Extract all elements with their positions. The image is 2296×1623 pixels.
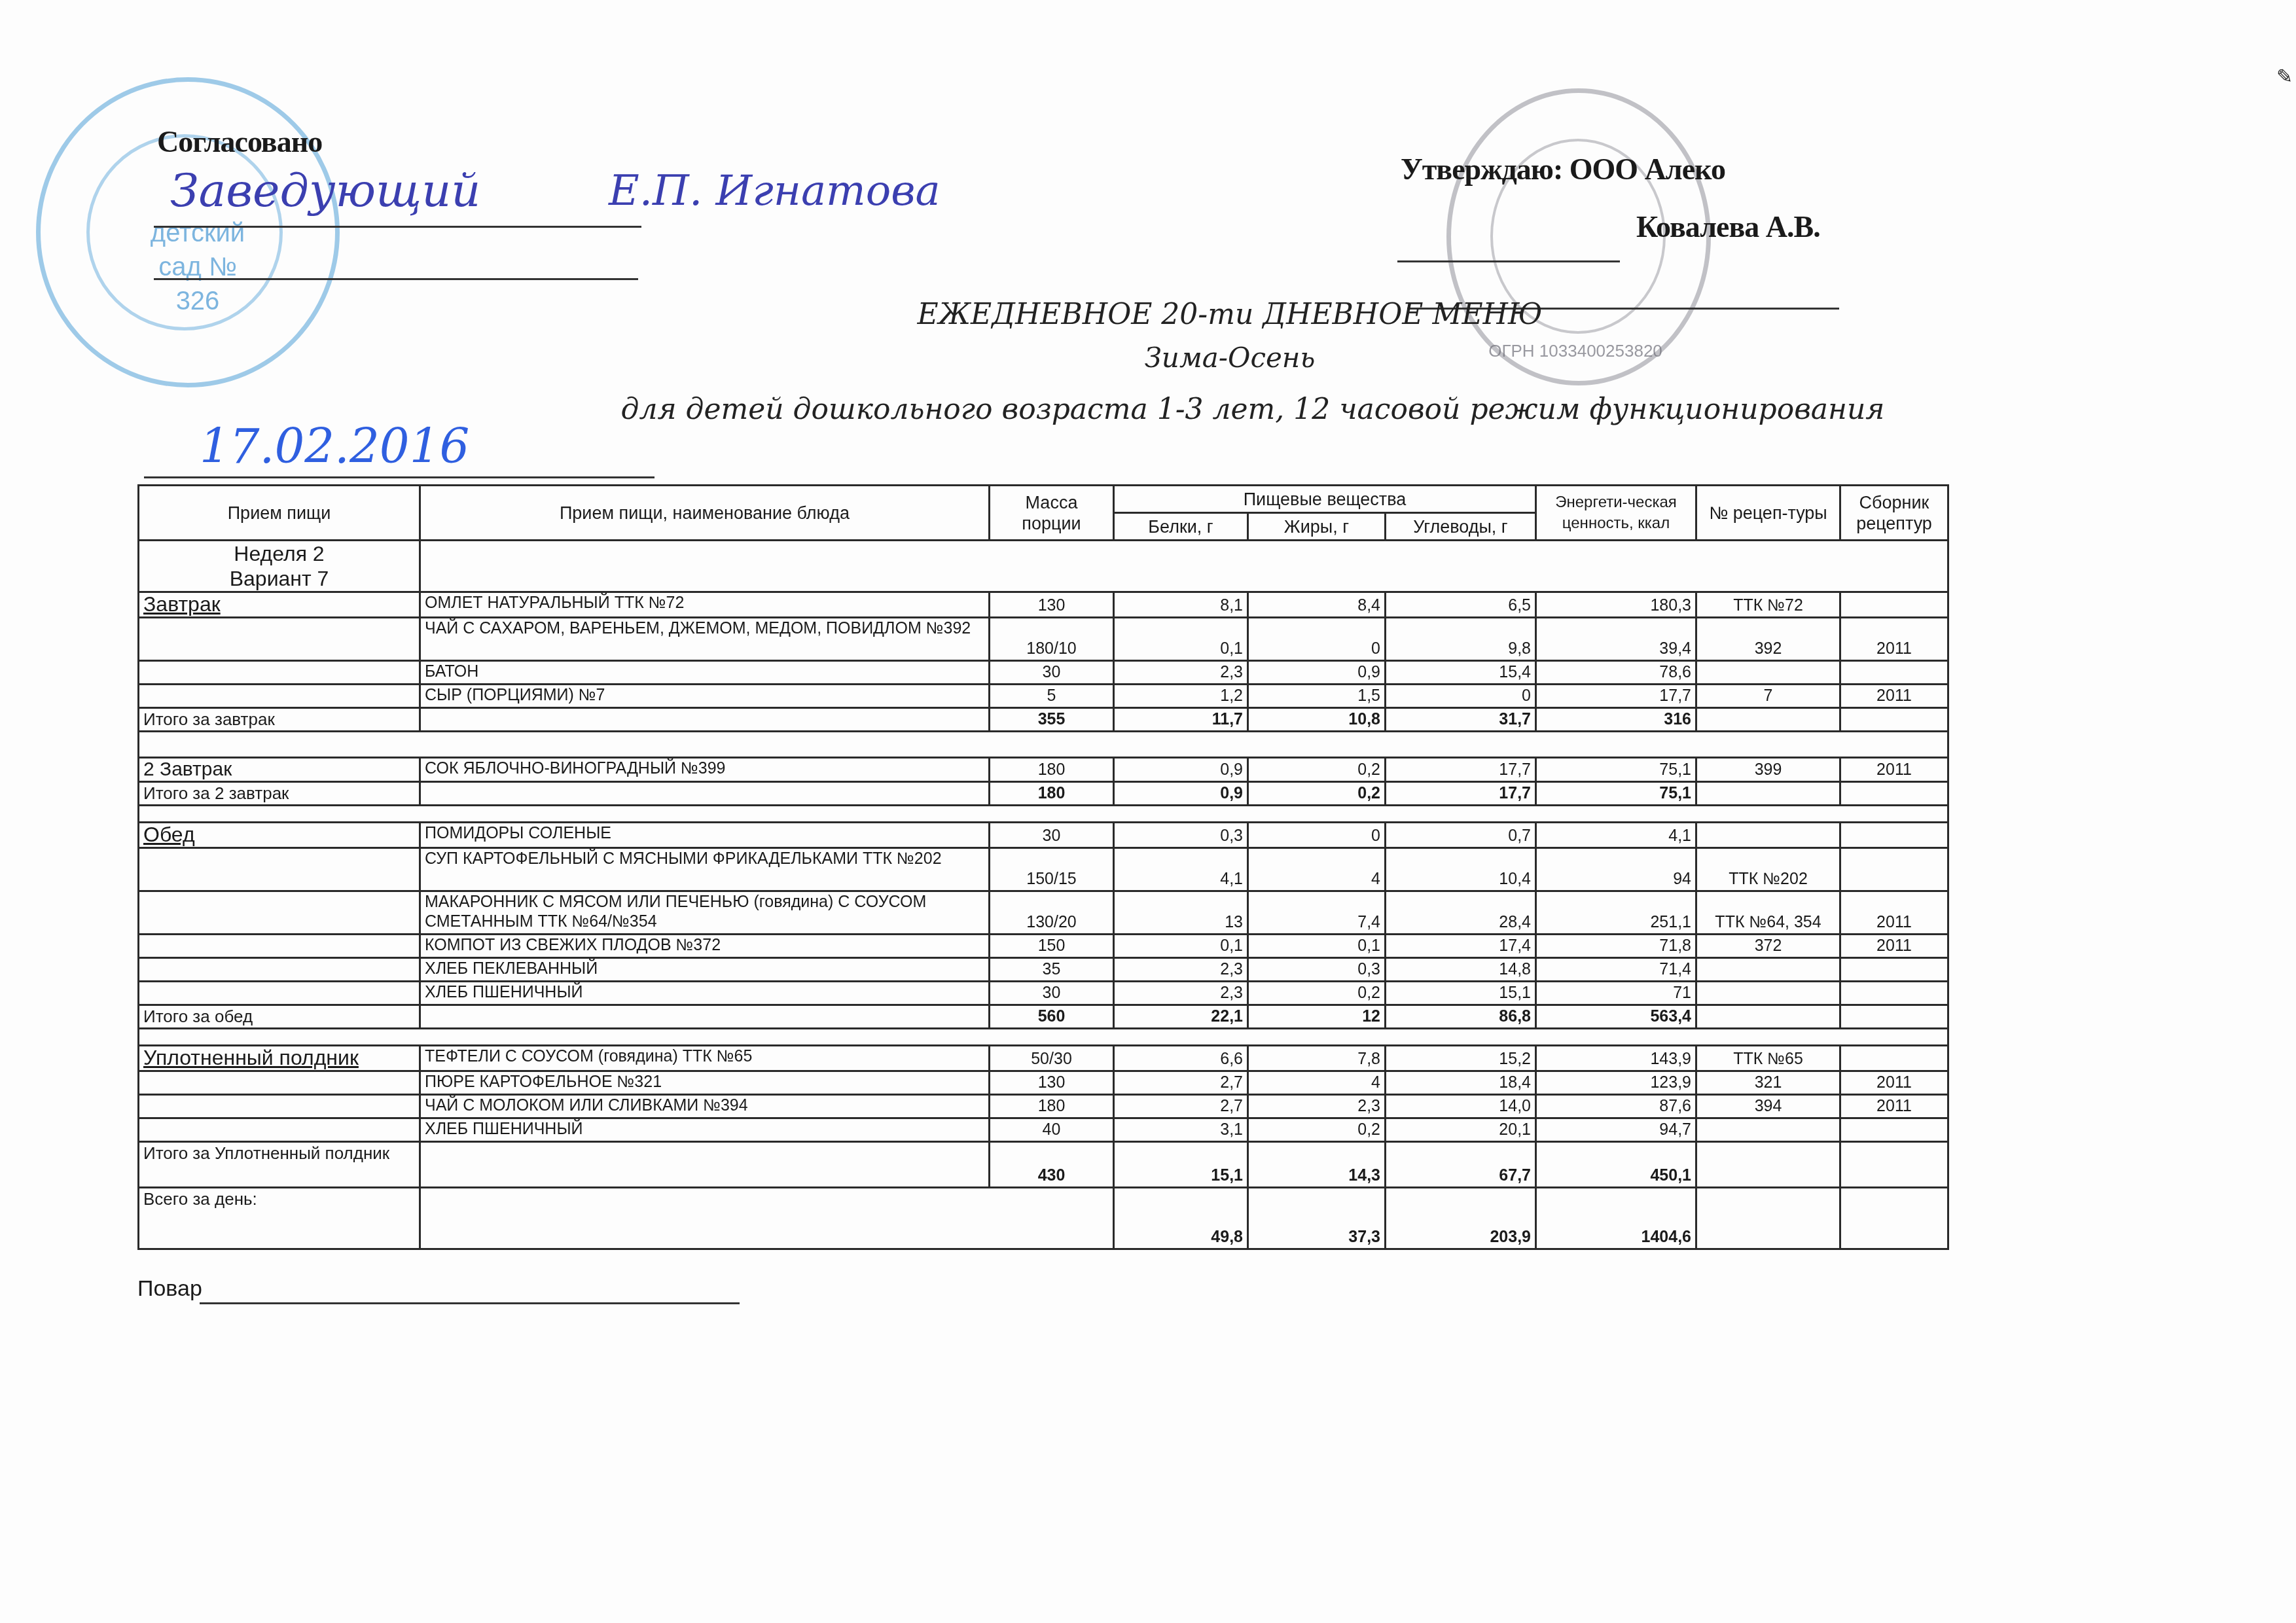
approve-signature-line — [1397, 260, 1620, 262]
dish-collection — [1840, 823, 1948, 848]
section-spacer — [139, 806, 1948, 823]
dish-collection: 2011 — [1840, 1095, 1948, 1118]
meal-name-cell: Обед — [139, 823, 420, 848]
variant-label: Вариант 7 — [143, 566, 415, 591]
dish-protein: 0,9 — [1114, 758, 1248, 782]
table-row: ХЛЕБ ПШЕНИЧНЫЙ403,10,220,194,7 — [139, 1118, 1948, 1142]
dish-carbs: 0 — [1386, 685, 1536, 708]
table-row: Уплотненный полдникТЕФТЕЛИ С СОУСОМ (гов… — [139, 1046, 1948, 1071]
section-total-mass: 180 — [990, 782, 1114, 806]
meal-empty-cell — [139, 935, 420, 958]
dish-mass: 5 — [990, 685, 1114, 708]
section-total-carbs: 31,7 — [1386, 708, 1536, 732]
section-total-empty — [420, 1005, 990, 1029]
meal-empty-cell — [139, 685, 420, 708]
dish-fat: 0,9 — [1248, 661, 1386, 685]
day-total-collection-empty — [1840, 1188, 1948, 1249]
dish-name: ЧАЙ С МОЛОКОМ ИЛИ СЛИВКАМИ №394 — [420, 1095, 990, 1118]
section-total-fat: 10,8 — [1248, 708, 1386, 732]
dish-carbs: 0,7 — [1386, 823, 1536, 848]
section-total-carbs: 67,7 — [1386, 1142, 1536, 1188]
dish-fat: 7,4 — [1248, 891, 1386, 935]
meal-empty-cell — [139, 661, 420, 685]
section-total-collection-empty — [1840, 1005, 1948, 1029]
dish-name: ТЕФТЕЛИ С СОУСОМ (говядина) ТТК №65 — [420, 1046, 990, 1071]
agreed-label: Согласовано — [157, 124, 322, 159]
section-total-label: Итого за 2 завтрак — [139, 782, 420, 806]
dish-collection: 2011 — [1840, 935, 1948, 958]
menu-table-body: Неделя 2 Вариант 7 ЗавтракОМЛЕТ НАТУРАЛЬ… — [139, 541, 1948, 1249]
dish-carbs: 15,4 — [1386, 661, 1536, 685]
dish-recipe: 394 — [1696, 1095, 1840, 1118]
section-total-recipe-empty — [1696, 1142, 1840, 1188]
dish-name: СЫР (ПОРЦИЯМИ) №7 — [420, 685, 990, 708]
section-total-empty — [420, 1142, 990, 1188]
dish-fat: 0 — [1248, 618, 1386, 661]
section-total-protein: 15,1 — [1114, 1142, 1248, 1188]
meal-name-cell: Завтрак — [139, 592, 420, 618]
header-carbs: Углеводы, г — [1386, 513, 1536, 541]
section-total-energy: 75,1 — [1536, 782, 1696, 806]
section-total-recipe-empty — [1696, 708, 1840, 732]
dish-collection — [1840, 958, 1948, 982]
dish-collection: 2011 — [1840, 891, 1948, 935]
dish-recipe — [1696, 1118, 1840, 1142]
section-total-row: Итого за 2 завтрак1800,90,217,775,1 — [139, 782, 1948, 806]
dish-fat: 0,2 — [1248, 758, 1386, 782]
section-total-fat: 0,2 — [1248, 782, 1386, 806]
dish-mass: 130 — [990, 1071, 1114, 1095]
header-recipe: № рецеп-туры — [1696, 486, 1840, 541]
dish-carbs: 20,1 — [1386, 1118, 1536, 1142]
dish-name: КОМПОТ ИЗ СВЕЖИХ ПЛОДОВ №372 — [420, 935, 990, 958]
dish-carbs: 15,1 — [1386, 982, 1536, 1005]
dish-recipe: ТТК №202 — [1696, 848, 1840, 891]
table-row: ОбедПОМИДОРЫ СОЛЕНЫЕ300,300,74,1 — [139, 823, 1948, 848]
dish-protein: 2,3 — [1114, 958, 1248, 982]
dish-energy: 87,6 — [1536, 1095, 1696, 1118]
header-protein: Белки, г — [1114, 513, 1248, 541]
section-total-row: Итого за завтрак35511,710,831,7316 — [139, 708, 1948, 732]
dish-name: МАКАРОННИК С МЯСОМ ИЛИ ПЕЧЕНЬЮ (говядина… — [420, 891, 990, 935]
dish-name: ОМЛЕТ НАТУРАЛЬНЫЙ ТТК №72 — [420, 592, 990, 618]
day-total-empty — [420, 1188, 1114, 1249]
dish-energy: 75,1 — [1536, 758, 1696, 782]
meal-empty-cell — [139, 982, 420, 1005]
dish-name: БАТОН — [420, 661, 990, 685]
dish-fat: 0 — [1248, 823, 1386, 848]
dish-energy: 39,4 — [1536, 618, 1696, 661]
menu-document-page: детский сад № 326 ОГРН 1033400253820 Сог… — [0, 0, 2296, 1623]
dish-energy: 143,9 — [1536, 1046, 1696, 1071]
section-spacer-row — [139, 1029, 1948, 1046]
dish-fat: 2,3 — [1248, 1095, 1386, 1118]
agreed-name-signature: Е.П. Игнатова — [609, 167, 941, 215]
day-total-row: Всего за день:49,837,3203,91404,6 — [139, 1188, 1948, 1249]
day-total-label: Всего за день: — [139, 1188, 420, 1249]
section-total-fat: 12 — [1248, 1005, 1386, 1029]
approve-label: Утверждаю: ООО Алеко — [1401, 152, 1725, 187]
section-total-row: Итого за Уплотненный полдник43015,114,36… — [139, 1142, 1948, 1188]
dish-fat: 4 — [1248, 1071, 1386, 1095]
dish-mass: 180 — [990, 758, 1114, 782]
dish-carbs: 14,8 — [1386, 958, 1536, 982]
dish-mass: 30 — [990, 823, 1114, 848]
dish-collection — [1840, 1046, 1948, 1071]
header-meal: Прием пищи — [139, 486, 420, 541]
dish-name: СУП КАРТОФЕЛЬНЫЙ С МЯСНЫМИ ФРИКАДЕЛЬКАМИ… — [420, 848, 990, 891]
dish-carbs: 9,8 — [1386, 618, 1536, 661]
document-title: ЕЖЕДНЕВНОЕ 20-ти ДНЕВНОЕ МЕНЮ — [0, 298, 2296, 331]
section-spacer-row — [139, 806, 1948, 823]
dish-recipe: ТТК №72 — [1696, 592, 1840, 618]
dish-carbs: 17,7 — [1386, 758, 1536, 782]
meal-empty-cell — [139, 1118, 420, 1142]
meal-empty-cell — [139, 958, 420, 982]
day-total-fat: 37,3 — [1248, 1188, 1386, 1249]
dish-name: ХЛЕБ ПШЕНИЧНЫЙ — [420, 1118, 990, 1142]
dish-protein: 4,1 — [1114, 848, 1248, 891]
dish-collection: 2011 — [1840, 1071, 1948, 1095]
dish-mass: 180/10 — [990, 618, 1114, 661]
section-total-collection-empty — [1840, 708, 1948, 732]
dish-collection — [1840, 592, 1948, 618]
day-total-recipe-empty — [1696, 1188, 1840, 1249]
dish-name: СОК ЯБЛОЧНО-ВИНОГРАДНЫЙ №399 — [420, 758, 990, 782]
dish-name: ХЛЕБ ПШЕНИЧНЫЙ — [420, 982, 990, 1005]
section-total-recipe-empty — [1696, 1005, 1840, 1029]
agreed-second-line — [154, 278, 638, 280]
dish-energy: 17,7 — [1536, 685, 1696, 708]
section-total-protein: 0,9 — [1114, 782, 1248, 806]
dish-protein: 1,2 — [1114, 685, 1248, 708]
handwritten-date: 17.02.2016 — [200, 419, 469, 474]
week-label: Неделя 2 — [143, 541, 415, 566]
dish-collection — [1840, 661, 1948, 685]
dish-mass: 150/15 — [990, 848, 1114, 891]
section-total-empty — [420, 708, 990, 732]
dish-name: ПОМИДОРЫ СОЛЕНЫЕ — [420, 823, 990, 848]
header-nutrients: Пищевые вещества — [1114, 486, 1536, 513]
header-fat: Жиры, г — [1248, 513, 1386, 541]
section-total-row: Итого за обед56022,11286,8563,4 — [139, 1005, 1948, 1029]
dish-collection — [1840, 982, 1948, 1005]
meal-name: Уплотненный полдник — [143, 1046, 359, 1069]
dish-collection: 2011 — [1840, 685, 1948, 708]
approve-name: Ковалева А.В. — [1636, 209, 1820, 244]
dish-recipe: 392 — [1696, 618, 1840, 661]
agreed-position-signature: Заведующий — [170, 164, 480, 217]
section-total-collection-empty — [1840, 782, 1948, 806]
dish-fat: 0,3 — [1248, 958, 1386, 982]
dish-recipe: ТТК №64, 354 — [1696, 891, 1840, 935]
dish-carbs: 17,4 — [1386, 935, 1536, 958]
dish-energy: 71 — [1536, 982, 1696, 1005]
dish-protein: 0,1 — [1114, 935, 1248, 958]
section-total-protein: 22,1 — [1114, 1005, 1248, 1029]
dish-mass: 130/20 — [990, 891, 1114, 935]
dish-recipe — [1696, 982, 1840, 1005]
section-total-carbs: 17,7 — [1386, 782, 1536, 806]
dish-energy: 123,9 — [1536, 1071, 1696, 1095]
table-row: ПЮРЕ КАРТОФЕЛЬНОЕ №3211302,7418,4123,932… — [139, 1071, 1948, 1095]
dish-recipe — [1696, 823, 1840, 848]
dish-energy: 71,8 — [1536, 935, 1696, 958]
dish-recipe: 7 — [1696, 685, 1840, 708]
dish-energy: 180,3 — [1536, 592, 1696, 618]
dish-fat: 0,1 — [1248, 935, 1386, 958]
cook-label: Повар — [137, 1276, 202, 1302]
table-row: БАТОН302,30,915,478,6 — [139, 661, 1948, 685]
meal-empty-cell — [139, 1071, 420, 1095]
dish-name: ХЛЕБ ПЕКЛЕВАННЫЙ — [420, 958, 990, 982]
dish-mass: 30 — [990, 982, 1114, 1005]
table-row: ЗавтракОМЛЕТ НАТУРАЛЬНЫЙ ТТК №721308,18,… — [139, 592, 1948, 618]
section-total-energy: 316 — [1536, 708, 1696, 732]
dish-protein: 0,1 — [1114, 618, 1248, 661]
section-spacer-row — [139, 732, 1948, 758]
dish-protein: 0,3 — [1114, 823, 1248, 848]
agreed-signature-line — [154, 226, 641, 228]
table-row: ЧАЙ С САХАРОМ, ВАРЕНЬЕМ, ДЖЕМОМ, МЕДОМ, … — [139, 618, 1948, 661]
dish-recipe: 372 — [1696, 935, 1840, 958]
meal-empty-cell — [139, 618, 420, 661]
dish-protein: 3,1 — [1114, 1118, 1248, 1142]
scan-mark: ✎ — [2276, 65, 2293, 88]
dish-energy: 78,6 — [1536, 661, 1696, 685]
dish-protein: 2,7 — [1114, 1095, 1248, 1118]
dish-recipe: 321 — [1696, 1071, 1840, 1095]
section-total-energy: 563,4 — [1536, 1005, 1696, 1029]
dish-recipe: 399 — [1696, 758, 1840, 782]
section-total-fat: 14,3 — [1248, 1142, 1386, 1188]
dish-name: ЧАЙ С САХАРОМ, ВАРЕНЬЕМ, ДЖЕМОМ, МЕДОМ, … — [420, 618, 990, 661]
header-energy: Энергети-ческая ценность, ккал — [1536, 486, 1696, 541]
meal-name: Обед — [143, 823, 195, 846]
meal-name-cell: 2 Завтрак — [139, 758, 420, 782]
dish-energy: 251,1 — [1536, 891, 1696, 935]
dish-mass: 150 — [990, 935, 1114, 958]
header-mass: Масса порции — [990, 486, 1114, 541]
table-row: ХЛЕБ ПЕКЛЕВАННЫЙ352,30,314,871,4 — [139, 958, 1948, 982]
dish-collection: 2011 — [1840, 758, 1948, 782]
dish-name: ПЮРЕ КАРТОФЕЛЬНОЕ №321 — [420, 1071, 990, 1095]
dish-carbs: 6,5 — [1386, 592, 1536, 618]
dish-carbs: 15,2 — [1386, 1046, 1536, 1071]
dish-fat: 4 — [1248, 848, 1386, 891]
table-row: КОМПОТ ИЗ СВЕЖИХ ПЛОДОВ №3721500,10,117,… — [139, 935, 1948, 958]
section-total-carbs: 86,8 — [1386, 1005, 1536, 1029]
section-total-energy: 450,1 — [1536, 1142, 1696, 1188]
meal-name-cell: Уплотненный полдник — [139, 1046, 420, 1071]
dish-fat: 0,2 — [1248, 1118, 1386, 1142]
dish-mass: 130 — [990, 592, 1114, 618]
document-season: Зима-Осень — [0, 342, 2296, 374]
dish-carbs: 28,4 — [1386, 891, 1536, 935]
cook-signature-line — [200, 1302, 740, 1304]
meal-name: 2 Завтрак — [143, 758, 232, 780]
meal-empty-cell — [139, 891, 420, 935]
meal-empty-cell — [139, 848, 420, 891]
week-variant-empty — [420, 541, 1948, 592]
dish-mass: 40 — [990, 1118, 1114, 1142]
section-total-mass: 355 — [990, 708, 1114, 732]
dish-recipe — [1696, 958, 1840, 982]
section-total-protein: 11,7 — [1114, 708, 1248, 732]
section-total-label: Итого за обед — [139, 1005, 420, 1029]
table-row: МАКАРОННИК С МЯСОМ ИЛИ ПЕЧЕНЬЮ (говядина… — [139, 891, 1948, 935]
dish-fat: 0,2 — [1248, 982, 1386, 1005]
dish-protein: 13 — [1114, 891, 1248, 935]
meal-empty-cell — [139, 1095, 420, 1118]
dish-protein: 8,1 — [1114, 592, 1248, 618]
section-total-collection-empty — [1840, 1142, 1948, 1188]
dish-mass: 180 — [990, 1095, 1114, 1118]
dish-protein: 2,7 — [1114, 1071, 1248, 1095]
date-line — [144, 476, 655, 478]
header-dish: Прием пищи, наименование блюда — [420, 486, 990, 541]
table-row: 2 ЗавтракСОК ЯБЛОЧНО-ВИНОГРАДНЫЙ №399180… — [139, 758, 1948, 782]
table-row: СУП КАРТОФЕЛЬНЫЙ С МЯСНЫМИ ФРИКАДЕЛЬКАМИ… — [139, 848, 1948, 891]
table-row: ХЛЕБ ПШЕНИЧНЫЙ302,30,215,171 — [139, 982, 1948, 1005]
day-total-protein: 49,8 — [1114, 1188, 1248, 1249]
dish-energy: 4,1 — [1536, 823, 1696, 848]
dish-collection — [1840, 1118, 1948, 1142]
header-collection: Сборник рецептур — [1840, 486, 1948, 541]
section-spacer — [139, 732, 1948, 758]
section-spacer — [139, 1029, 1948, 1046]
dish-fat: 1,5 — [1248, 685, 1386, 708]
dish-collection: 2011 — [1840, 618, 1948, 661]
dish-mass: 30 — [990, 661, 1114, 685]
dish-protein: 2,3 — [1114, 982, 1248, 1005]
dish-fat: 7,8 — [1248, 1046, 1386, 1071]
dish-energy: 94,7 — [1536, 1118, 1696, 1142]
section-total-label: Итого за Уплотненный полдник — [139, 1142, 420, 1188]
section-total-empty — [420, 782, 990, 806]
section-total-recipe-empty — [1696, 782, 1840, 806]
dish-recipe: ТТК №65 — [1696, 1046, 1840, 1071]
dish-energy: 71,4 — [1536, 958, 1696, 982]
dish-recipe — [1696, 661, 1840, 685]
section-total-mass: 430 — [990, 1142, 1114, 1188]
dish-fat: 8,4 — [1248, 592, 1386, 618]
dish-collection — [1840, 848, 1948, 891]
dish-protein: 6,6 — [1114, 1046, 1248, 1071]
week-variant-cell: Неделя 2 Вариант 7 — [139, 541, 420, 592]
section-total-mass: 560 — [990, 1005, 1114, 1029]
dish-energy: 94 — [1536, 848, 1696, 891]
dish-carbs: 14,0 — [1386, 1095, 1536, 1118]
table-row: СЫР (ПОРЦИЯМИ) №751,21,5017,772011 — [139, 685, 1948, 708]
dish-protein: 2,3 — [1114, 661, 1248, 685]
section-total-label: Итого за завтрак — [139, 708, 420, 732]
dish-mass: 50/30 — [990, 1046, 1114, 1071]
day-total-carbs: 203,9 — [1386, 1188, 1536, 1249]
week-variant-row: Неделя 2 Вариант 7 — [139, 541, 1948, 592]
dish-carbs: 18,4 — [1386, 1071, 1536, 1095]
dish-mass: 35 — [990, 958, 1114, 982]
dish-carbs: 10,4 — [1386, 848, 1536, 891]
day-total-energy: 1404,6 — [1536, 1188, 1696, 1249]
meal-name: Завтрак — [143, 592, 221, 616]
menu-table: Прием пищи Прием пищи, наименование блюд… — [137, 484, 1949, 1250]
table-row: ЧАЙ С МОЛОКОМ ИЛИ СЛИВКАМИ №3941802,72,3… — [139, 1095, 1948, 1118]
